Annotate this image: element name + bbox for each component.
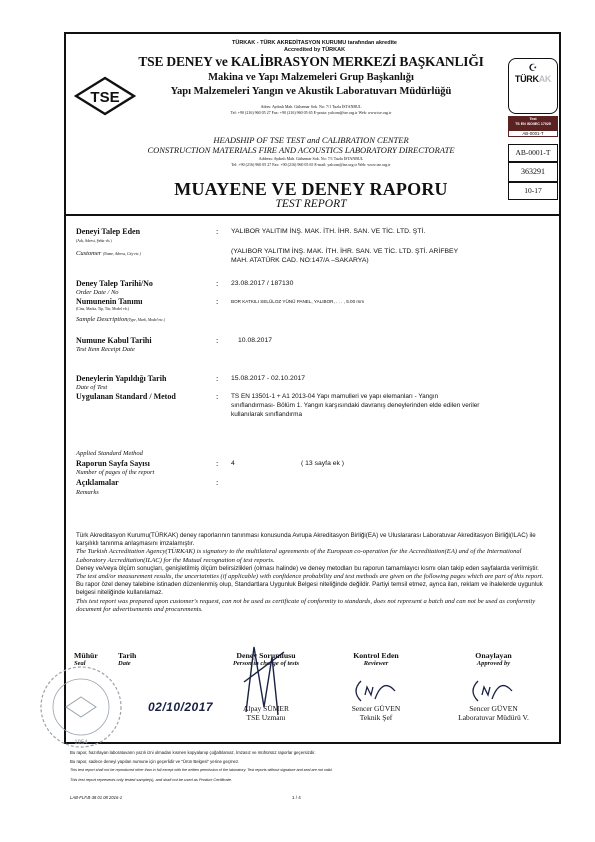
handwritten-date: 02/10/2017 [148,700,213,714]
lab-title: Yapı Malzemeleri Yangın ve Akustik Labor… [126,86,496,97]
approver-block: Onaylayan Approved by [436,651,551,667]
statement-tr: Türk Akreditasyon Kurumu(TÜRKAK) deney r… [76,532,551,548]
group-title: Makina ve Yapı Malzemeleri Grup Başkanlı… [126,72,496,83]
sample-label: Numunenin Tanımı [76,297,142,306]
standard-value: TS EN 13501-1 + A1 2013-04 Yapı mamuller… [231,393,438,400]
crescent-star-icon: ☪ [509,63,557,74]
remarks-label-en: Remarks [76,489,99,496]
report-number-box: 363291 [508,162,558,182]
colon: : [216,336,218,345]
pages-label-en: Number of pages of the report [76,469,154,476]
customer-label-en: Customer (Name, Adress, City etc.) [76,250,141,257]
sample-label-hint: (Cins, Marka, Tip, Tür, Model vb.) [76,307,129,311]
page-number: 1 / 4 [292,795,301,800]
address-en: Address: Aydınlı Mah. Gülsemar Sok. No: … [126,156,496,161]
lab-code-box: AB-0001-T [508,144,558,162]
statement-tr: Bu rapor özel deney talebine istinaden d… [76,581,551,597]
customer-label-hint: (Adı, Adresi, Şehir vb.) [76,239,112,243]
order-label: Deney Talep Tarihi/No [76,279,153,288]
colon: : [216,227,218,236]
footer-note: Bu rapor, hazırlayan laboratuvarın yazıl… [70,750,316,755]
statement-en: The Turkish Accreditation Agency(TÜRKAK)… [76,548,551,564]
statement-en: The test and/or measurement results, the… [76,573,551,581]
colon: : [216,297,218,306]
accreditation-statements: Türk Akreditasyon Kurumu(TÜRKAK) deney r… [76,532,551,614]
footer-note: This test report shall not be reproduced… [70,768,333,772]
colon: : [216,478,218,487]
tester-name-block: Alpay SÜMER TSE Uzmanı [206,704,326,722]
standard-value: sınıflandırması- Bölüm 1. Yangın karşısı… [231,402,479,409]
turkak-standard-label: Test TS EN ISO/IEC 17025 [508,116,558,130]
signature-approver-icon [466,677,516,707]
colon: : [216,459,218,468]
pages-label: Raporun Sayfa Sayısı [76,459,150,468]
sample-value: BOR KATKILI SELÜLOZ YÜNÜ PANEL, YALIBOR,… [231,299,364,304]
form-code: LAB-FLF.B-38 01 08 2016-1 [70,795,122,800]
standard-label-en: Applied Standard Method [76,450,143,457]
svg-text:TSE: TSE [90,89,119,106]
standard-label: Uygulanan Standard / Metod [76,392,176,401]
org-title: TSE DENEY ve KALİBRASYON MERKEZİ BAŞKANL… [126,54,496,70]
footer-note: This test report represents only tested … [70,777,232,782]
check-circle-icon: ✓⃝ [509,84,557,96]
receipt-label-en: Test Item Receipt Date [76,346,135,353]
contact-tr: Tel: +90 (216) 960 05 27 Fax: +90 (216) … [126,110,496,115]
customer-value: YALIBOR YALITIM İNŞ. MAK. İTH. İHR. SAN.… [231,228,425,235]
accreditation-line: TÜRKAK - TÜRK AKREDİTASYON KURUMU tarafı… [66,40,563,46]
reviewer-name-block: Sencer GÜVEN Teknik Şef [321,704,431,722]
test-date-value: 15.08.2017 - 02.10.2017 [231,375,305,382]
report-subtitle: TEST REPORT [126,198,496,210]
test-date-label: Deneylerin Yapıldığı Tarih [76,374,166,383]
official-stamp-icon: 1954 [36,662,126,752]
turkak-badge: ☪ TÜRKAK ✓⃝ [508,58,558,114]
statement-en: This test report was prepared upon custo… [76,598,551,614]
standard-value: kullanılarak sınıflandırma [231,411,302,418]
report-date-code-box: 10-17 [508,182,558,200]
remarks-label: Açıklamalar [76,478,119,487]
turkak-badge-code: AB-0001-T [508,130,558,137]
contact-en: Tel: +90 (216) 960 05 27 Fax: +90 (216) … [126,162,496,167]
colon: : [216,392,218,401]
customer-address-line: MAH. ATATÜRK CAD. NO:147/A –SAKARYA) [231,257,369,264]
header-divider [66,214,559,216]
order-label-en: Order Date / No [76,289,119,296]
approver-name-block: Sencer GÜVEN Laboratuvar Müdürü V. [436,704,551,722]
statement-tr: Deney ve/veya ölçüm sonuçları, genişleti… [76,565,551,573]
customer-address-line: (YALIBOR YALITIM İNŞ. MAK. İTH. İHR. SAN… [231,248,458,255]
test-date-label-en: Date of Test [76,384,107,391]
sample-label-en: Sample Description(Type, Mark, Model etc… [76,316,165,323]
colon: : [216,374,218,383]
order-value: 23.08.2017 / 187130 [231,280,293,287]
directorate-en: CONSTRUCTION MATERIALS FIRE AND ACOUSTIC… [106,145,496,155]
accreditation-line-en: Accredited by TÜRKAK [66,47,563,53]
pages-value: 4 [231,460,235,467]
reviewer-block: Kontrol Eden Reviewer [321,651,431,667]
customer-label: Deneyi Talep Eden [76,227,140,236]
receipt-value: 10.08.2017 [238,337,272,344]
footer-note: Bu rapor, sadece deneyi yapılan numune i… [70,759,239,764]
svg-text:1954: 1954 [74,740,88,746]
receipt-label: Numune Kabul Tarihi [76,336,152,345]
signature-reviewer-icon [349,677,399,707]
colon: : [216,279,218,288]
report-frame: TSE TÜRKAK - TÜRK AKREDİTASYON KURUMU ta… [64,32,561,744]
address-tr: Adres: Aydınlı Mah. Gülsemar Sok. No: 7/… [126,104,496,109]
pages-annex: ( 13 sayfa ek ) [301,460,344,467]
headship-en: HEADSHIP OF TSE TEST and CALIBRATION CEN… [126,135,496,145]
report-title: MUAYENE VE DENEY RAPORU [126,179,496,200]
